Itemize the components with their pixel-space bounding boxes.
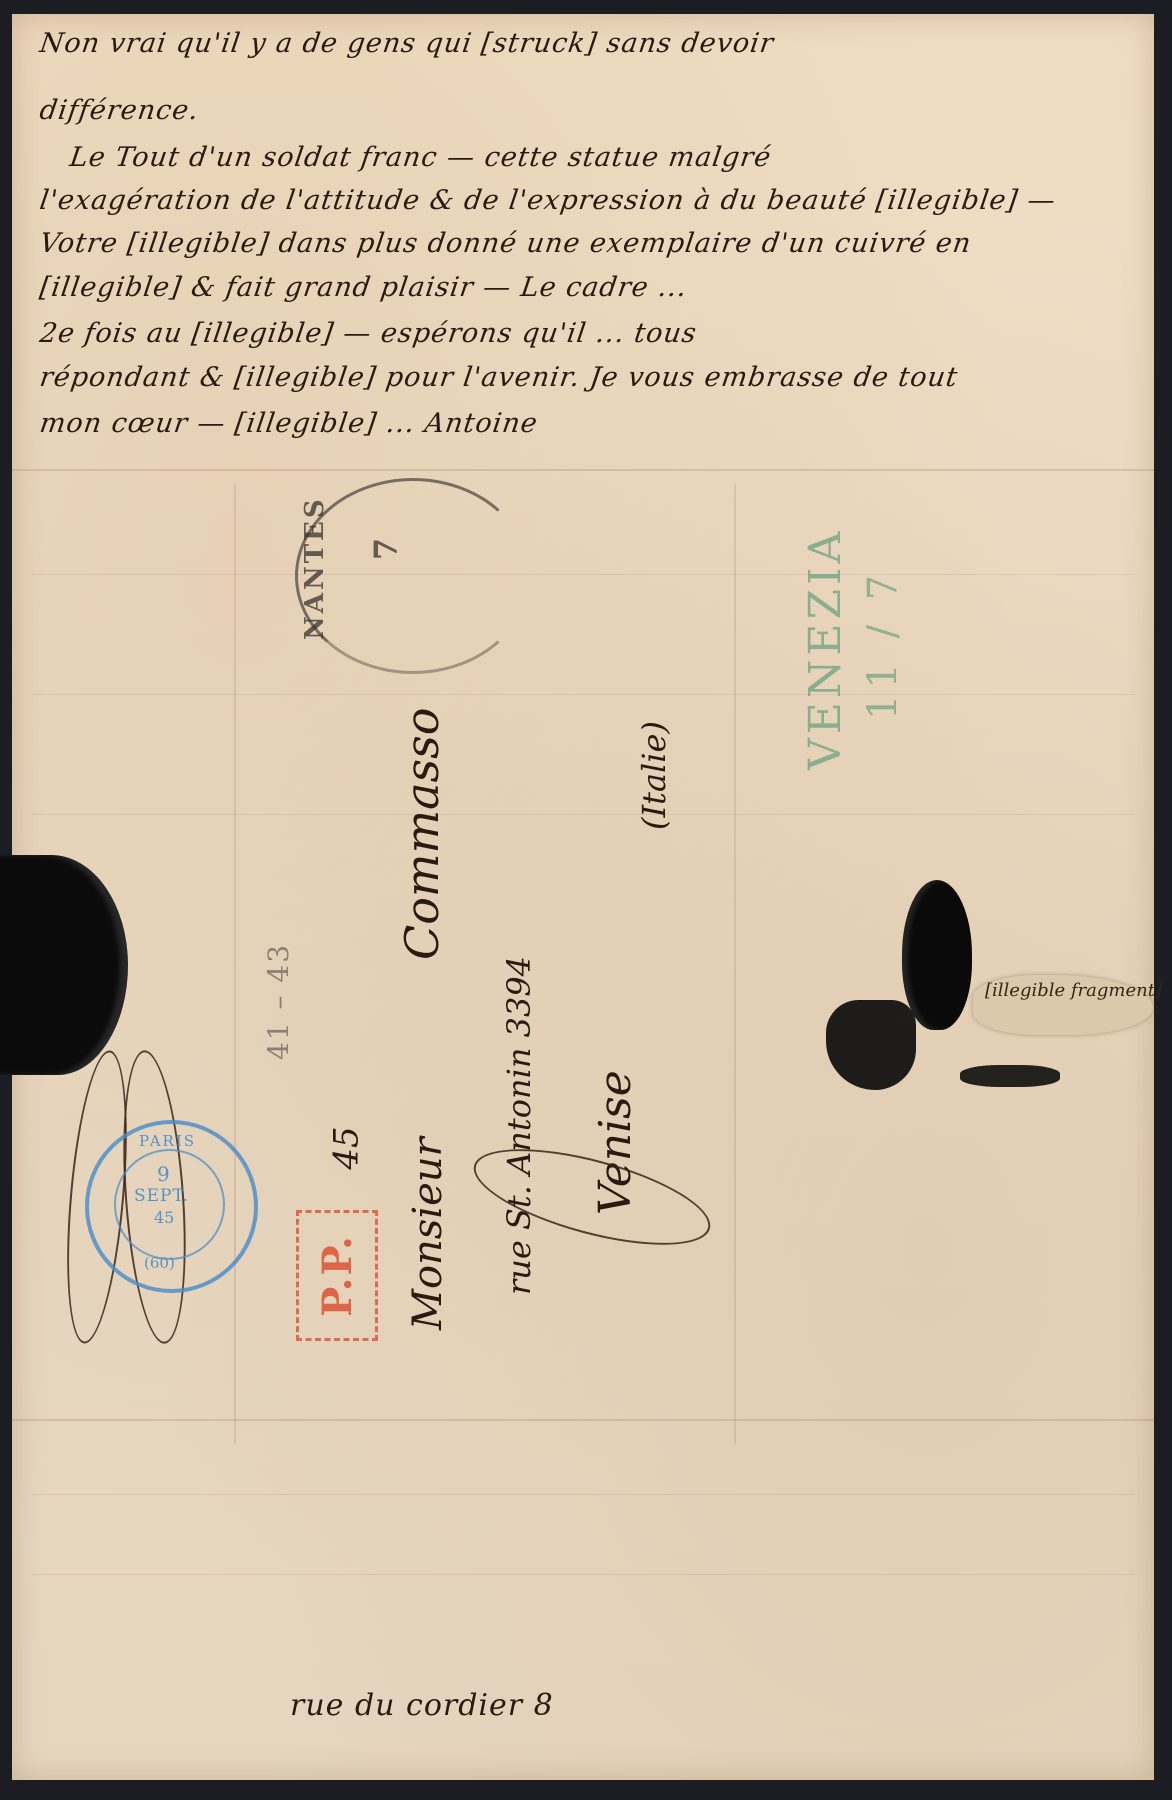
bleed-through [32,1574,1134,1575]
venezia-postmark: VENEZIA [800,528,851,770]
letter-line: Votre [illegible] dans plus donné une ex… [38,228,1144,259]
pp-label: P.P. [314,1234,361,1317]
fold-line [734,484,736,1444]
wax-seal-right [902,880,972,1030]
wax-residue [960,1065,1060,1087]
letter-line: Le Tout d'un soldat franc — cette statue… [68,142,1144,173]
address-line-country: (Italie) [635,721,673,830]
address-line-name: Commasso [395,708,449,960]
paris-postmark-month: SEPT. [134,1186,189,1206]
bleed-through [32,574,1134,575]
paris-postmark-office: (60) [144,1254,175,1272]
address-line-monsieur: Monsieur [405,1137,451,1330]
letter-line: 2e fois au [illegible] — espérons qu'il … [38,318,1144,349]
nantes-postmark [295,478,531,674]
venezia-postmark-date: 11 / 7 [860,569,906,720]
bottom-note: rue du cordier 8 [290,1688,554,1723]
bleed-through [32,1494,1134,1495]
pp-paid-mark: P.P. [296,1210,378,1341]
letter-line: répondant & [illegible] pour l'avenir. J… [38,362,1144,393]
letter-line: différence. [38,95,1144,126]
nantes-postmark-label: NANTES [300,496,330,640]
address-line-street: rue St. Antonin 3394 [500,956,538,1295]
letter-line: Non vrai qu'il y a de gens qui [struck] … [38,28,1144,59]
letter-line: [illegible] & fait grand plaisir — Le ca… [38,272,1144,303]
nantes-postmark-day: 7 [367,538,405,560]
paris-postmark-label: PARIS [139,1132,196,1150]
paper-patch-text: [illegible fragment] [985,980,1162,1001]
fold-line [12,1419,1154,1421]
bleed-through [32,814,1134,815]
paris-postmark-year: 45 [154,1208,174,1227]
paris-postmark-day: 9 [157,1162,170,1186]
pencil-note: 41 – 43 [262,943,295,1060]
letter-line: l'exagération de l'attitude & de l'expre… [38,185,1144,216]
letter-line: mon cœur — [illegible] ... Antoine [38,408,1144,439]
rate-mark: 45 [327,1126,367,1169]
fold-line [12,469,1154,471]
fold-line [234,484,236,1444]
bleed-through [32,694,1134,695]
paris-postmark: PARIS 9 SEPT. 45 (60) [85,1120,258,1293]
